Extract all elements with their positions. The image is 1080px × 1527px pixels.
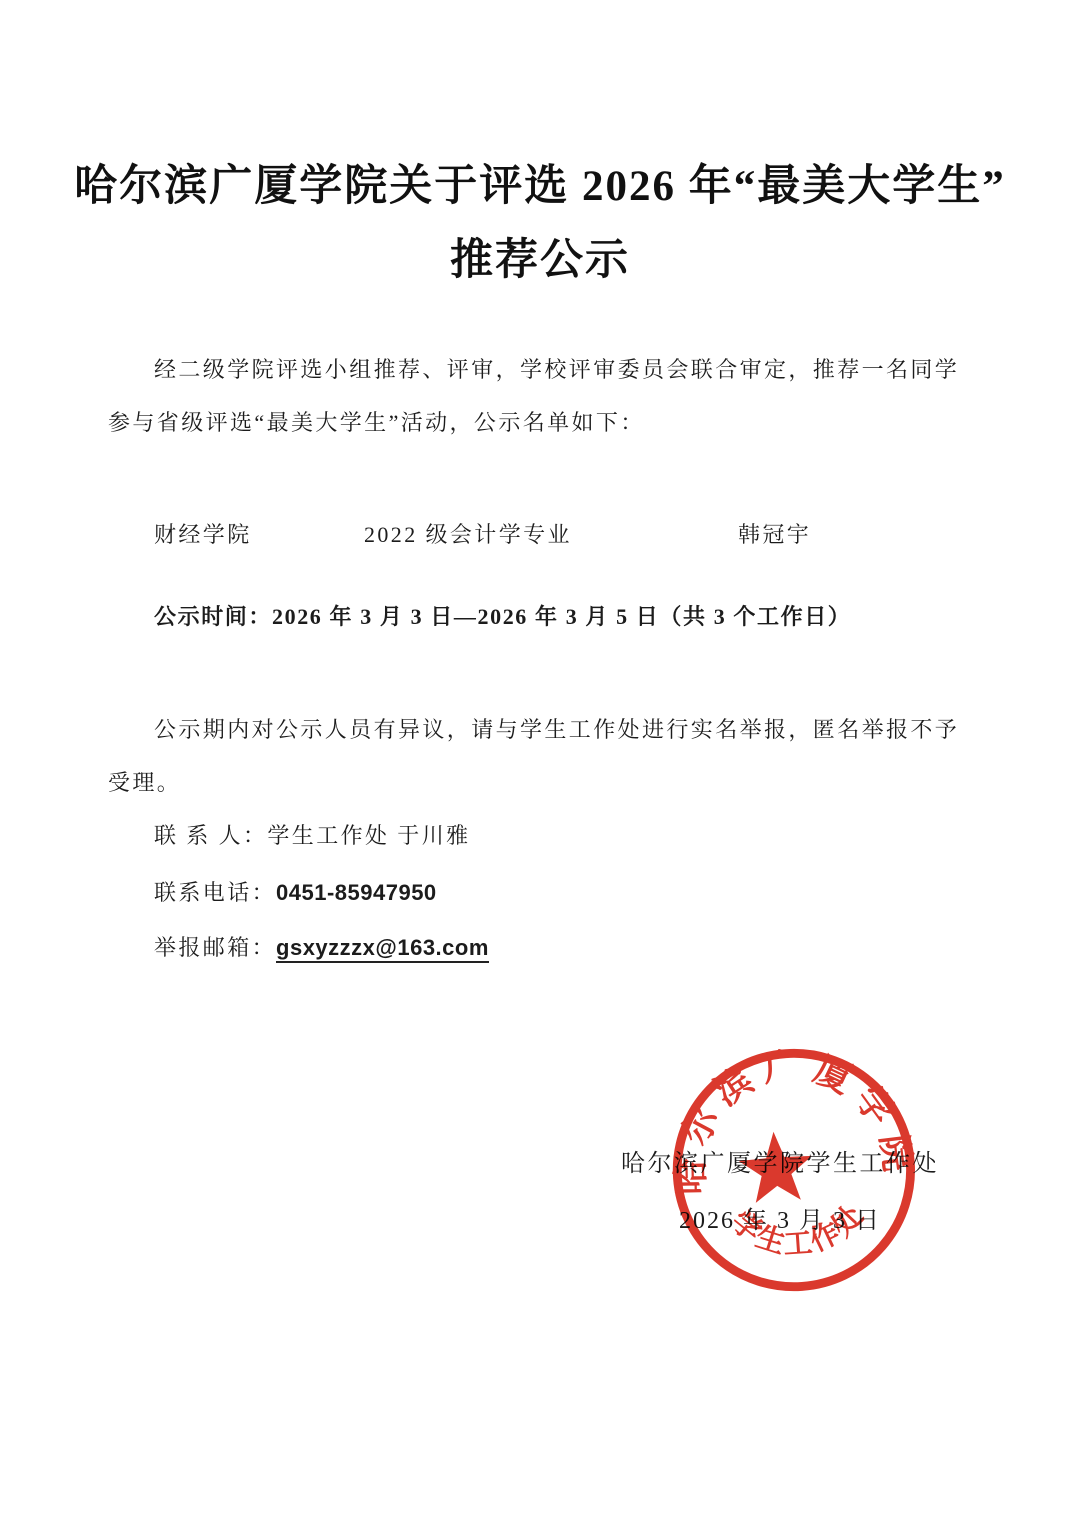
contact-person-label: 联 系 人： (154, 823, 267, 848)
candidate-college: 财经学院 (154, 521, 252, 549)
intro-paragraph-line-1: 经二级学院评选小组推荐、评审，学校评审委员会联合审定，推荐一名同学 (154, 356, 959, 384)
contact-email-label: 举报邮箱： (154, 935, 276, 960)
candidate-major: 2022 级会计学专业 (364, 521, 572, 549)
contact-phone-value: 0451-85947950 (276, 880, 437, 905)
page-title: 哈尔滨广厦学院关于评选 2026 年“最美大学生” 推荐公示 (0, 150, 1080, 298)
notice-period: 公示时间：2026 年 3 月 3 日—2026 年 3 月 5 日（共 3 个… (154, 603, 851, 631)
contact-person-value: 学生工作处 于川雅 (267, 823, 470, 848)
signature-date: 2026 年 3 月 3 日 (600, 1200, 960, 1235)
contact-phone-line: 联系电话：0451-85947950 (154, 879, 437, 907)
signature-org: 哈尔滨广厦学院学生工作处 (600, 1143, 960, 1178)
objection-line-1: 公示期内对公示人员有异议，请与学生工作处进行实名举报，匿名举报不予 (154, 716, 959, 744)
contact-email-value: gsxyzzzx@163.com (276, 935, 489, 963)
contact-email-line: 举报邮箱：gsxyzzzx@163.com (154, 934, 489, 962)
title-line-2: 推荐公示 (0, 224, 1080, 298)
candidate-name: 韩冠宇 (738, 521, 811, 549)
title-line-1: 哈尔滨广厦学院关于评选 2026 年“最美大学生” (0, 150, 1080, 224)
objection-line-2: 受理。 (108, 769, 181, 797)
contact-phone-label: 联系电话： (154, 880, 276, 905)
intro-paragraph-line-2: 参与省级评选“最美大学生”活动，公示名单如下： (108, 409, 645, 437)
contact-person-line: 联 系 人：学生工作处 于川雅 (154, 822, 471, 850)
